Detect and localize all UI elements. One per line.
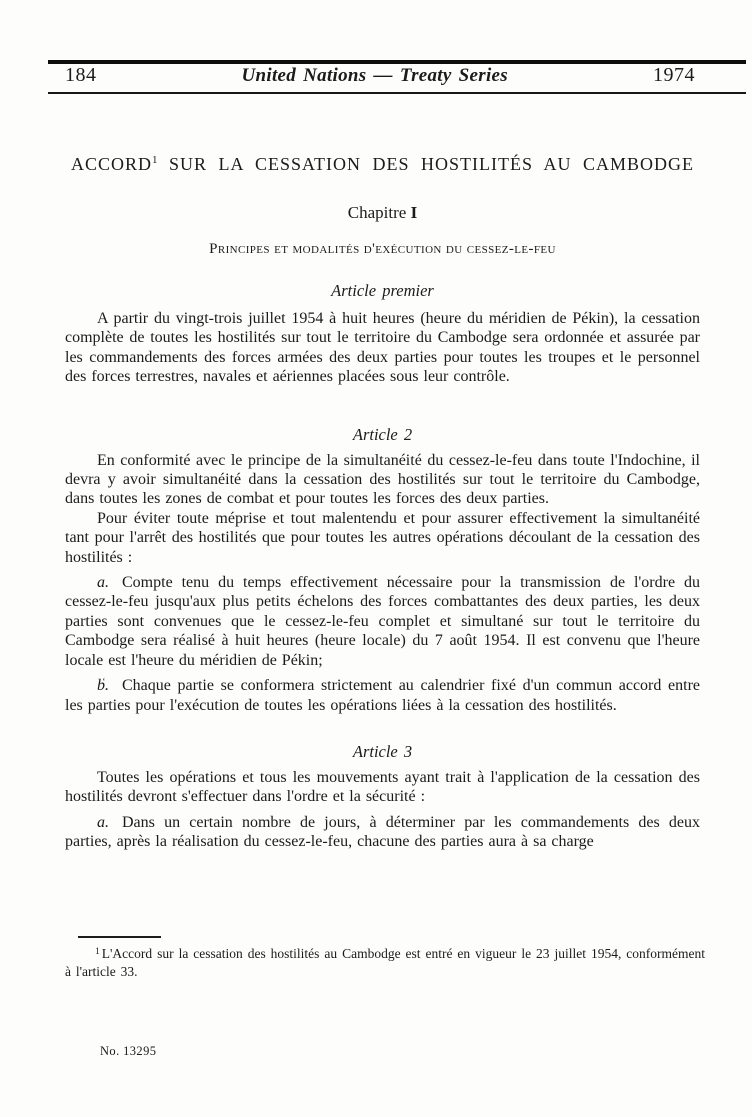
chapter-heading: Chapitre I	[65, 203, 700, 223]
paragraph-text: Compte tenu du temps effectivement néces…	[65, 574, 700, 669]
article-2-heading: Article 2	[65, 425, 700, 445]
paragraph-text: Dans un certain nombre de jours, à déter…	[65, 814, 700, 850]
article-3-heading: Article 3	[65, 742, 700, 762]
paragraph-text: Chaque partie se conformera strictement …	[65, 677, 700, 713]
title-main: ACCORD	[71, 154, 152, 174]
footnote-text: 1L'Accord sur la cessation des hostilité…	[65, 945, 705, 980]
section-heading: Principes et modalités d'exécution du ce…	[65, 240, 700, 258]
article-2-paragraph-2: Pour éviter toute méprise et tout malent…	[65, 509, 700, 567]
article-1-paragraph-1: A partir du vingt-trois juillet 1954 à h…	[65, 309, 700, 387]
footnote-rule	[78, 936, 161, 938]
treaty-number: No. 13295	[100, 1044, 156, 1058]
document-title: ACCORD1 SUR LA CESSATION DES HOSTILITÉS …	[65, 153, 700, 175]
title-rest: SUR LA CESSATION DES HOSTILITÉS AU CAMBO…	[169, 154, 694, 174]
footnote-ref-marker: 1	[152, 154, 158, 166]
article-1-heading: Article premier	[65, 281, 700, 301]
article-2-paragraph-b: ʻb.Chaque partie se conformera stricteme…	[65, 676, 700, 715]
article-2-paragraph-1: En conformité avec le principe de la sim…	[65, 451, 700, 509]
footnote-body: L'Accord sur la cessation des hostilités…	[65, 946, 705, 979]
article-3-paragraph-1: Toutes les opérations et tous les mouvem…	[65, 768, 700, 807]
document-body: ACCORD1 SUR LA CESSATION DES HOSTILITÉS …	[65, 0, 700, 852]
list-marker-a: a.	[97, 574, 109, 591]
page-footer: No. 13295	[100, 1044, 156, 1059]
chapter-label: Chapitre	[348, 203, 407, 222]
list-marker-a: a.	[97, 814, 109, 831]
print-artifact: ʻ	[70, 673, 106, 692]
chapter-number: I	[411, 203, 418, 222]
footnote-marker: 1	[95, 947, 100, 957]
document-page: 184 United Nations — Treaty Series 1974 …	[0, 0, 752, 1117]
article-3-paragraph-a: a.Dans un certain nombre de jours, à dét…	[65, 813, 700, 852]
footnote: 1L'Accord sur la cessation des hostilité…	[65, 936, 705, 980]
article-2-paragraph-a: a.Compte tenu du temps effectivement néc…	[65, 573, 700, 670]
